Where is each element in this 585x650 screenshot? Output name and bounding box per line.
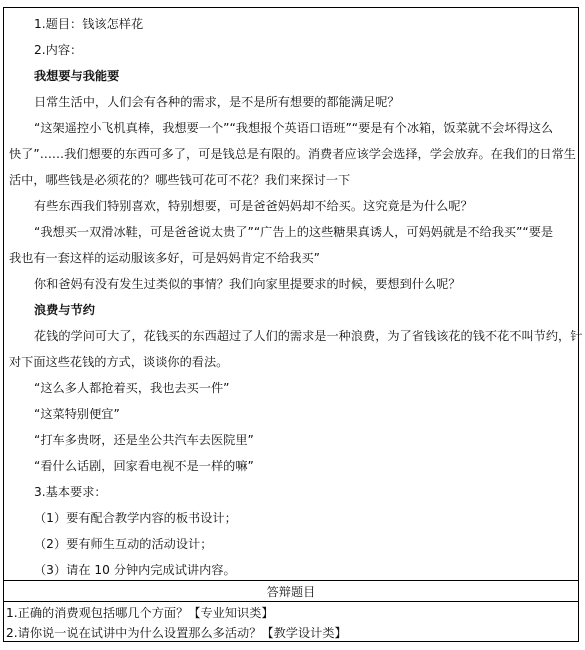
paragraph: “我想买一双滑冰鞋，可是爸爸说太贵了”“广告上的这些糖果真诱人，可妈妈就是不给我… — [34, 224, 553, 240]
row-divider — [4, 580, 578, 581]
paragraph: 快了”……我们想要的东西可多了，可是钱总是有限的。消费者应该学会选择，学会放弃。… — [9, 146, 576, 162]
requirement-item: （2）要有师生互动的活动设计； — [34, 536, 212, 552]
paragraph: 有些东西我们特别喜欢，特别想要，可是爸爸妈妈却不给买。这究竟是为什么呢？ — [34, 198, 473, 214]
requirements-label: 3.基本要求： — [34, 484, 107, 500]
quote: “这么多人都抢着买，我也去买一件” — [34, 380, 229, 396]
defense-question: 1.正确的消费观包括哪几个方面？【专业知识类】 — [6, 605, 274, 621]
content-label: 2.内容： — [34, 42, 82, 58]
section-heading-waste: 浪费与节约 — [34, 302, 95, 318]
paragraph: 日常生活中，人们会有各种的需求，是不是所有想要的都能满足呢？ — [34, 94, 400, 110]
quote: “这菜特别便宜” — [34, 406, 120, 422]
content-cell: 1.题目：钱该怎样花 2.内容： 我想要与我能要 日常生活中，人们会有各种的需求… — [4, 8, 578, 581]
requirement-item: （3）请在 10 分钟内完成试讲内容。 — [34, 562, 236, 578]
defense-title: 答辩题目 — [4, 582, 578, 602]
requirement-item: （1）要有配合教学内容的板书设计； — [34, 510, 237, 526]
paragraph: “这架遥控小飞机真棒，我想要一个”“我想报个英语口语班”“要是有个冰箱，饭菜就不… — [34, 120, 553, 136]
paragraph: 花钱的学问可大了，花钱买的东西超过了人们的需求是一种浪费，为了省钱该花的钱不花不… — [34, 328, 582, 344]
row-divider — [4, 601, 578, 602]
topic-line: 1.题目：钱该怎样花 — [34, 16, 143, 32]
paragraph: 我也有一套这样的运动服该多好，可是妈妈肯定不给我买” — [9, 250, 320, 266]
paragraph: 活中，哪些钱是必须花的？哪些钱可花可不花？我们来探讨一下 — [9, 172, 350, 188]
section-heading-want: 我想要与我能要 — [34, 68, 119, 84]
paragraph: 对下面这些花钱的方式，谈谈你的看法。 — [9, 354, 228, 370]
quote: “打车多贵呀，还是坐公共汽车去医院里” — [34, 432, 254, 448]
quote: “看什么话剧，回家看电视不是一样的嘛” — [34, 458, 254, 474]
defense-question: 2.请你说一说在试讲中为什么设置那么多活动？【教学设计类】 — [6, 625, 347, 641]
paragraph: 你和爸妈有没有发生过类似的事情？我们向家里提要求的时候，要想到什么呢？ — [34, 276, 461, 292]
document-table: 1.题目：钱该怎样花 2.内容： 我想要与我能要 日常生活中，人们会有各种的需求… — [3, 7, 579, 642]
